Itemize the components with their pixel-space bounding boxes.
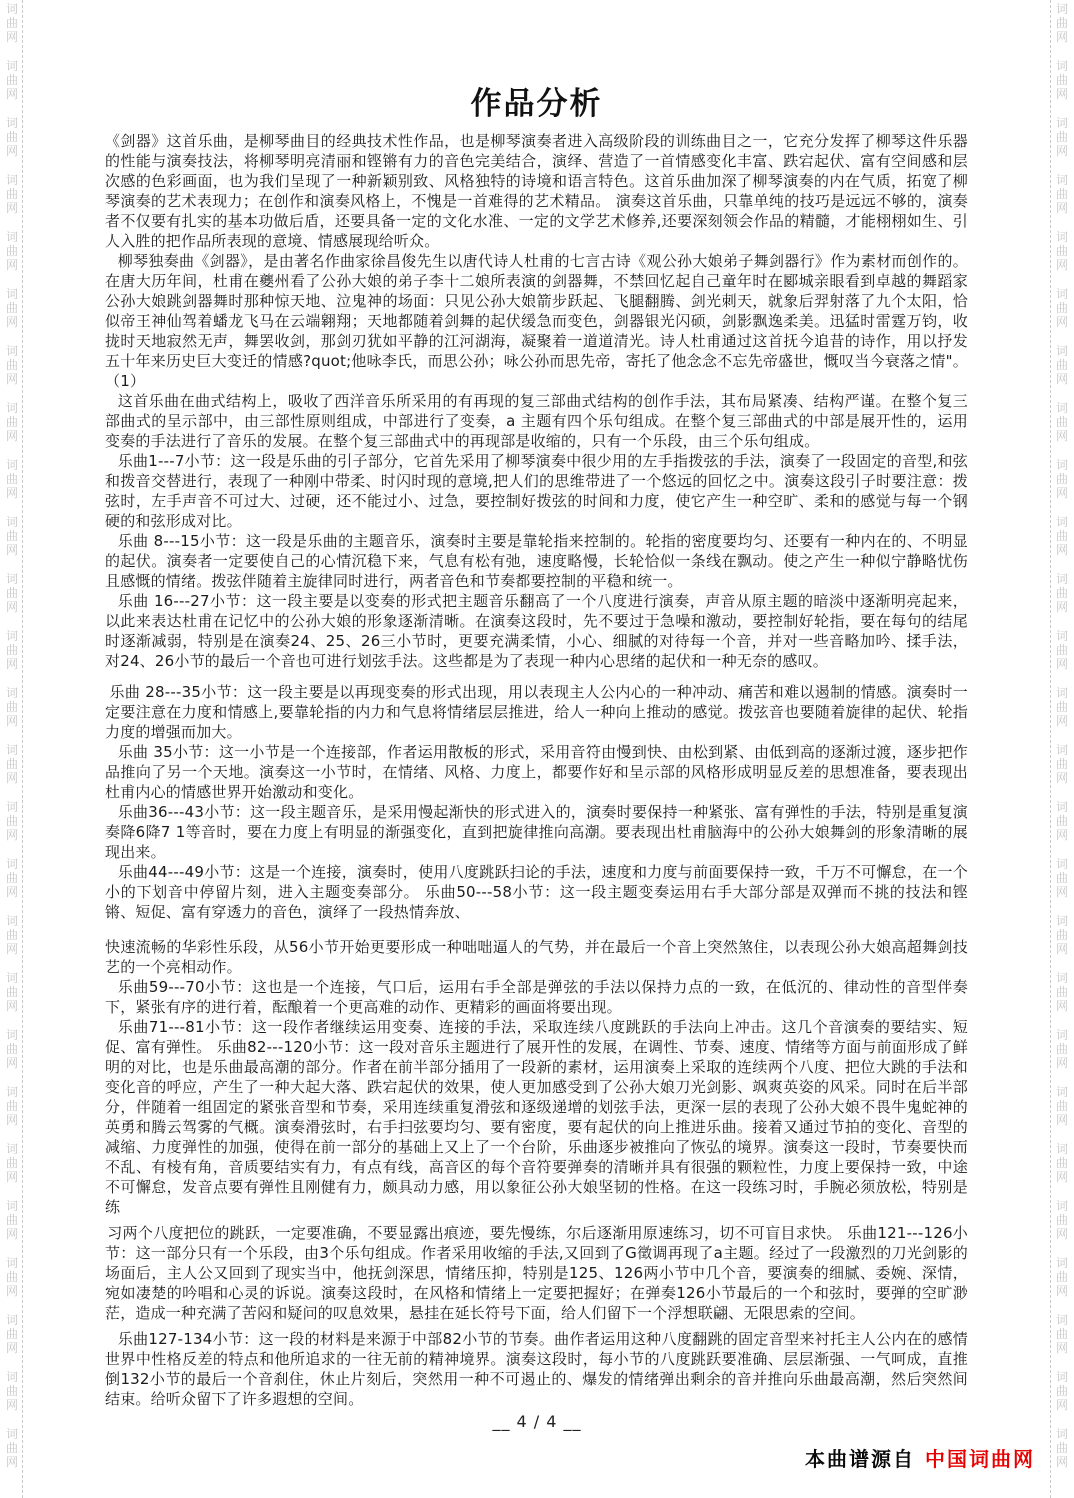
watermark-text: 词曲网 — [4, 1028, 20, 1070]
watermark-text: 词曲网 — [1054, 515, 1070, 557]
document-body: 《剑器》这首乐曲，是柳琴曲目的经典技术性作品，也是柳琴演奏者进入高级阶段的训练曲… — [105, 131, 968, 1409]
watermark-text: 词曲网 — [1054, 344, 1070, 386]
watermark-text: 词曲网 — [4, 1427, 20, 1469]
paragraph: 乐曲1---7小节：这一段是乐曲的引子部分，它首先采用了柳琴演奏中很少用的左手指… — [105, 451, 968, 531]
watermark-text: 词曲网 — [1054, 914, 1070, 956]
watermark-text: 词曲网 — [4, 59, 20, 101]
document-content: 作品分析 《剑器》这首乐曲，是柳琴曲目的经典技术性作品，也是柳琴演奏者进入高级阶… — [105, 78, 968, 1409]
watermark-text: 词曲网 — [1054, 1085, 1070, 1127]
paragraph: 柳琴独奏曲《剑器》，是由著名作曲家徐昌俊先生以唐代诗人杜甫的七言古诗《观公孙大娘… — [105, 251, 968, 391]
page-title: 作品分析 — [105, 78, 968, 123]
paragraph: 乐曲36---43小节：这一段主题音乐，是采用慢起渐快的形式进入的，演奏时要保持… — [105, 802, 968, 862]
paragraph: 乐曲 16---27小节：这一段主要是以变奏的形式把主题音乐翻高了一个八度进行演… — [105, 591, 968, 671]
watermark-text: 词曲网 — [4, 857, 20, 899]
paragraph: 乐曲44---49小节：这是一个连接，演奏时，使用八度跳跃扫论的手法，速度和力度… — [105, 862, 968, 922]
paragraph: 习两个八度把位的跳跃，一定要准确，不要显露出痕迹，要先慢练，尔后逐渐用原速练习，… — [105, 1223, 968, 1323]
source-attribution: 本曲谱源自中国词曲网 — [805, 1443, 1035, 1472]
watermark-text: 词曲网 — [4, 230, 20, 272]
watermark-text: 词曲网 — [1054, 1199, 1070, 1241]
watermark-text: 词曲网 — [4, 629, 20, 671]
watermark-text: 词曲网 — [4, 1199, 20, 1241]
watermark-text: 词曲网 — [4, 173, 20, 215]
source-site-link[interactable]: 中国词曲网 — [925, 1447, 1035, 1471]
watermark-text: 词曲网 — [1054, 458, 1070, 500]
watermark-column-left: 词曲网词曲网词曲网词曲网词曲网词曲网词曲网词曲网词曲网词曲网词曲网词曲网词曲网词… — [4, 2, 20, 1498]
watermark-text: 词曲网 — [4, 800, 20, 842]
watermark-text: 词曲网 — [1054, 629, 1070, 671]
paragraph: 《剑器》这首乐曲，是柳琴曲目的经典技术性作品，也是柳琴演奏者进入高级阶段的训练曲… — [105, 131, 968, 251]
paragraph: 快速流畅的华彩性乐段，从56小节开始更要形成一种咄咄逼人的气势，并在最后一个音上… — [105, 937, 968, 977]
watermark-text: 词曲网 — [1054, 59, 1070, 101]
watermark-text: 词曲网 — [4, 1085, 20, 1127]
watermark-text: 词曲网 — [1054, 116, 1070, 158]
watermark-text: 词曲网 — [1054, 173, 1070, 215]
watermark-text: 词曲网 — [1054, 800, 1070, 842]
paragraph: 乐曲59---70小节：这也是一个连接，气口后，运用右手全部是弹弦的手法以保持力… — [105, 977, 968, 1017]
watermark-text: 词曲网 — [4, 401, 20, 443]
watermark-text: 词曲网 — [1054, 1142, 1070, 1184]
watermark-text: 词曲网 — [4, 1370, 20, 1412]
watermark-text: 词曲网 — [4, 1142, 20, 1184]
watermark-text: 词曲网 — [4, 971, 20, 1013]
watermark-text: 词曲网 — [4, 2, 20, 44]
watermark-text: 词曲网 — [1054, 743, 1070, 785]
watermark-text: 词曲网 — [4, 1256, 20, 1298]
watermark-text: 词曲网 — [4, 116, 20, 158]
watermark-column-right: 词曲网词曲网词曲网词曲网词曲网词曲网词曲网词曲网词曲网词曲网词曲网词曲网词曲网词… — [1054, 2, 1070, 1498]
watermark-dashed-line-right — [1050, 0, 1051, 1498]
watermark-text: 词曲网 — [1054, 686, 1070, 728]
paragraph: 乐曲127-134小节：这一段的材料是来源于中部82小节的节奏。曲作者运用这种八… — [105, 1329, 968, 1409]
watermark-text: 词曲网 — [1054, 287, 1070, 329]
paragraph: 乐曲 35小节：这一小节是一个连接部，作者运用散板的形式，采用音符由慢到快、由松… — [105, 742, 968, 802]
watermark-text: 词曲网 — [1054, 971, 1070, 1013]
paragraph: 乐曲 8---15小节：这一段是乐曲的主题音乐，演奏时主要是靠轮指来控制的。轮指… — [105, 531, 968, 591]
watermark-text: 词曲网 — [1054, 1256, 1070, 1298]
paragraph: 这首乐曲在曲式结构上，吸收了西洋音乐所采用的有再现的复三部曲式结构的创作手法，其… — [105, 391, 968, 451]
watermark-text: 词曲网 — [4, 515, 20, 557]
paragraph: 乐曲 28---35小节：这一段主要是以再现变奏的形式出现，用以表现主人公内心的… — [105, 682, 968, 742]
watermark-dashed-line-left — [22, 0, 23, 1498]
document-page: 词曲网词曲网词曲网词曲网词曲网词曲网词曲网词曲网词曲网词曲网词曲网词曲网词曲网词… — [0, 0, 1074, 1498]
watermark-text: 词曲网 — [1054, 1313, 1070, 1355]
paragraph: 乐曲71---81小节：这一段作者继续运用变奏、连接的手法，采取连续八度跳跃的手… — [105, 1017, 968, 1217]
watermark-text: 词曲网 — [4, 458, 20, 500]
watermark-text: 词曲网 — [4, 1313, 20, 1355]
watermark-text: 词曲网 — [1054, 572, 1070, 614]
watermark-text: 词曲网 — [1054, 2, 1070, 44]
watermark-text: 词曲网 — [1054, 1028, 1070, 1070]
watermark-text: 词曲网 — [1054, 1370, 1070, 1412]
watermark-text: 词曲网 — [1054, 1427, 1070, 1469]
watermark-text: 词曲网 — [4, 344, 20, 386]
page-number: __ 4 / 4 __ — [0, 1412, 1074, 1431]
source-prefix-label: 本曲谱源自 — [805, 1447, 915, 1471]
watermark-text: 词曲网 — [1054, 230, 1070, 272]
watermark-text: 词曲网 — [4, 743, 20, 785]
watermark-text: 词曲网 — [4, 572, 20, 614]
watermark-text: 词曲网 — [4, 686, 20, 728]
watermark-text: 词曲网 — [4, 287, 20, 329]
watermark-text: 词曲网 — [1054, 857, 1070, 899]
watermark-text: 词曲网 — [1054, 401, 1070, 443]
watermark-text: 词曲网 — [4, 914, 20, 956]
